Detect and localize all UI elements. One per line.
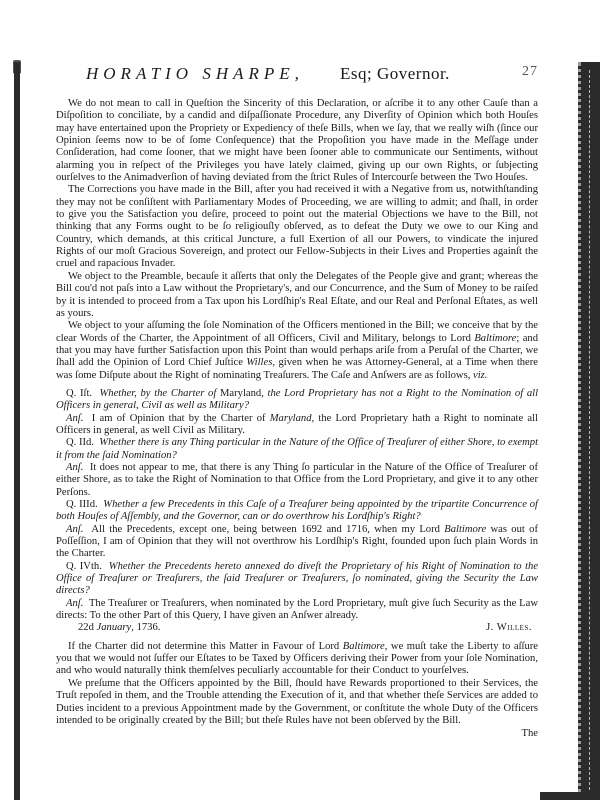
answer-label: Anſ. [66,413,83,424]
paragraph-corrections: The Corrections you have made in the Bil… [56,184,538,270]
query-label: Q. IId. [66,437,94,448]
italic-name-baltimore: Baltimore [343,641,385,652]
query-1: Q. Iſt. Whether, by the Charter of Maryl… [56,388,538,413]
book-page-stack-bottom-edge [540,792,600,800]
answer-2: Anſ. It does not appear to me, that ther… [56,462,538,499]
paragraph-sincerity: We do not mean to call in Queſtion the S… [56,98,538,184]
answer-label: Anſ. [66,598,83,609]
italic-name-baltimore: Baltimore [474,333,516,344]
answer-label: Anſ. [66,462,83,473]
signatory: J. Willes. [486,622,532,634]
paragraph-nomination: We object to your aſſuming the ſole Nomi… [56,320,538,382]
query-label: Q. IIId. [66,499,98,510]
query-label: Q. IVth. [66,561,102,572]
query-label: Q. Iſt. [66,388,92,399]
italic-viz: viz. [473,370,487,381]
catchword: The [56,728,538,740]
answer-3: Anſ. All the Precedents, except one, bei… [56,524,538,561]
query-2: Q. IId. Whether there is any Thing parti… [56,437,538,462]
opinion-date: 22d January, 1736. [78,622,160,634]
query-4: Q. IVth. Whether the Precedents hereto a… [56,561,538,598]
signature-line: 22d January, 1736. J. Willes. [56,622,538,634]
paragraph-preamble: We object to the Preamble, becauſe it aſ… [56,271,538,320]
italic-name-willes: Willes [246,357,272,368]
running-head: HORATIO SHARPE, Esq; Governor. 27 [56,62,538,90]
book-page-stack-right-edge [578,62,600,800]
book-binding-left-edge [14,62,20,800]
running-head-title: Esq; Governor. [340,64,450,84]
scanned-page: HORATIO SHARPE, Esq; Governor. 27 We do … [56,62,538,741]
query-3: Q. IIId. Whether a few Precedents in thi… [56,499,538,524]
paragraph-officers-rewards: We preſume that the Officers appointed b… [56,678,538,727]
page-edge-texture [589,70,592,790]
answer-1: Anſ. I am of Opinion that by the Charter… [56,413,538,438]
paragraph-charter-favour: If the Charter did not determine this Ma… [56,641,538,678]
page-body: We do not mean to call in Queſtion the S… [56,98,538,741]
answer-4: Anſ. The Treaſurer or Treaſurers, when n… [56,598,538,623]
running-head-name: HORATIO SHARPE, [86,64,304,84]
page-number: 27 [522,64,538,80]
answer-label: Anſ. [66,524,83,535]
